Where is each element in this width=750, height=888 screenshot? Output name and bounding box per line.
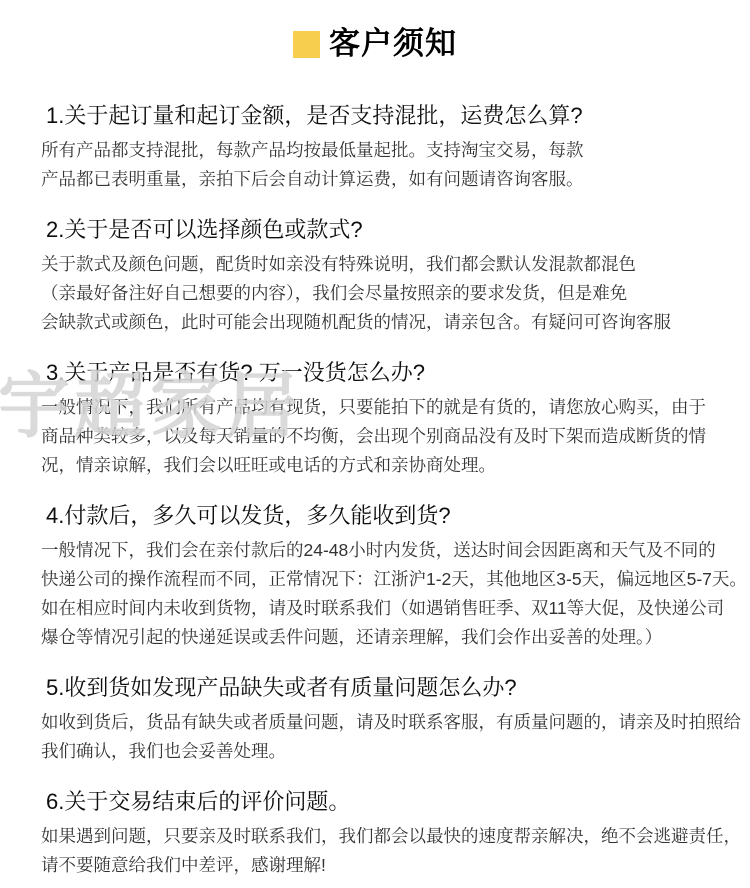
section-line: 所有产品都支持混批，每款产品均按最低量起批。支持淘宝交易，每款 [41,136,741,165]
section-line: 我们确认，我们也会妥善处理。 [41,737,741,766]
notice-sections: 1.关于起订量和起订金额，是否支持混批，运费怎么算?所有产品都支持混批，每款产品… [41,102,741,880]
page-title-text: 客户须知 [329,26,457,62]
section-heading: 3.关于产品是否有货? 万一没货怎么办? [46,359,741,386]
section-line: 一般情况下，我们会在亲付款后的24-48小时内发货，送达时间会因距离和天气及不同… [41,536,741,565]
section-heading: 1.关于起订量和起订金额，是否支持混批，运费怎么算? [46,102,741,129]
section-line: 关于款式及颜色问题，配货时如亲没有特殊说明，我们都会默认发混款都混色 [41,250,741,279]
customer-notice-page: 客户须知 1.关于起订量和起订金额，是否支持混批，运费怎么算?所有产品都支持混批… [0,0,750,888]
notice-section: 5.收到货如发现产品缺失或者有质量问题怎么办?如收到货后，货品有缺失或者质量问题… [41,674,741,766]
section-line: 请不要随意给我们中差评，感谢理解! [41,851,741,880]
section-line: 如在相应时间内未收到货物，请及时联系我们（如遇销售旺季、双11等大促，及快递公司 [41,594,741,623]
section-line: 商品种类较多，以及每天销量的不均衡，会出现个别商品没有及时下架而造成断货的情 [41,422,741,451]
section-heading: 2.关于是否可以选择颜色或款式? [46,216,741,243]
section-line: 如果遇到问题，只要亲及时联系我们，我们都会以最快的速度帮亲解决，绝不会逃避责任， [41,822,741,851]
section-line: 一般情况下，我们所有产品均有现货，只要能拍下的就是有货的，请您放心购买，由于 [41,393,741,422]
notice-section: 3.关于产品是否有货? 万一没货怎么办?一般情况下，我们所有产品均有现货，只要能… [41,359,741,480]
section-heading: 5.收到货如发现产品缺失或者有质量问题怎么办? [46,674,741,701]
section-heading: 6.关于交易结束后的评价问题。 [46,788,741,815]
section-line: 况，情亲谅解，我们会以旺旺或电话的方式和亲协商处理。 [41,451,741,480]
section-line: 会缺款式或颜色，此时可能会出现随机配货的情况，请亲包含。有疑问可咨询客服 [41,308,741,337]
notice-section: 2.关于是否可以选择颜色或款式?关于款式及颜色问题，配货时如亲没有特殊说明，我们… [41,216,741,337]
notice-section: 1.关于起订量和起订金额，是否支持混批，运费怎么算?所有产品都支持混批，每款产品… [41,102,741,194]
section-line: 快递公司的操作流程而不同，正常情况下：江浙沪1-2天，其他地区3-5天，偏远地区… [41,565,741,594]
notice-section: 6.关于交易结束后的评价问题。如果遇到问题，只要亲及时联系我们，我们都会以最快的… [41,788,741,880]
notice-section: 4.付款后，多久可以发货，多久能收到货?一般情况下，我们会在亲付款后的24-48… [41,502,741,652]
section-line: 爆仓等情况引起的快递延误或丢件问题，还请亲理解，我们会作出妥善的处理。） [41,623,741,652]
section-line: 产品都已表明重量，亲拍下后会自动计算运费，如有问题请咨询客服。 [41,165,741,194]
page-title: 客户须知 [0,0,750,62]
title-bullet-square [293,31,320,58]
section-line: （亲最好备注好自己想要的内容），我们会尽量按照亲的要求发货，但是难免 [41,279,741,308]
section-heading: 4.付款后，多久可以发货，多久能收到货? [46,502,741,529]
section-line: 如收到货后，货品有缺失或者质量问题，请及时联系客服，有质量问题的，请亲及时拍照给 [41,708,741,737]
